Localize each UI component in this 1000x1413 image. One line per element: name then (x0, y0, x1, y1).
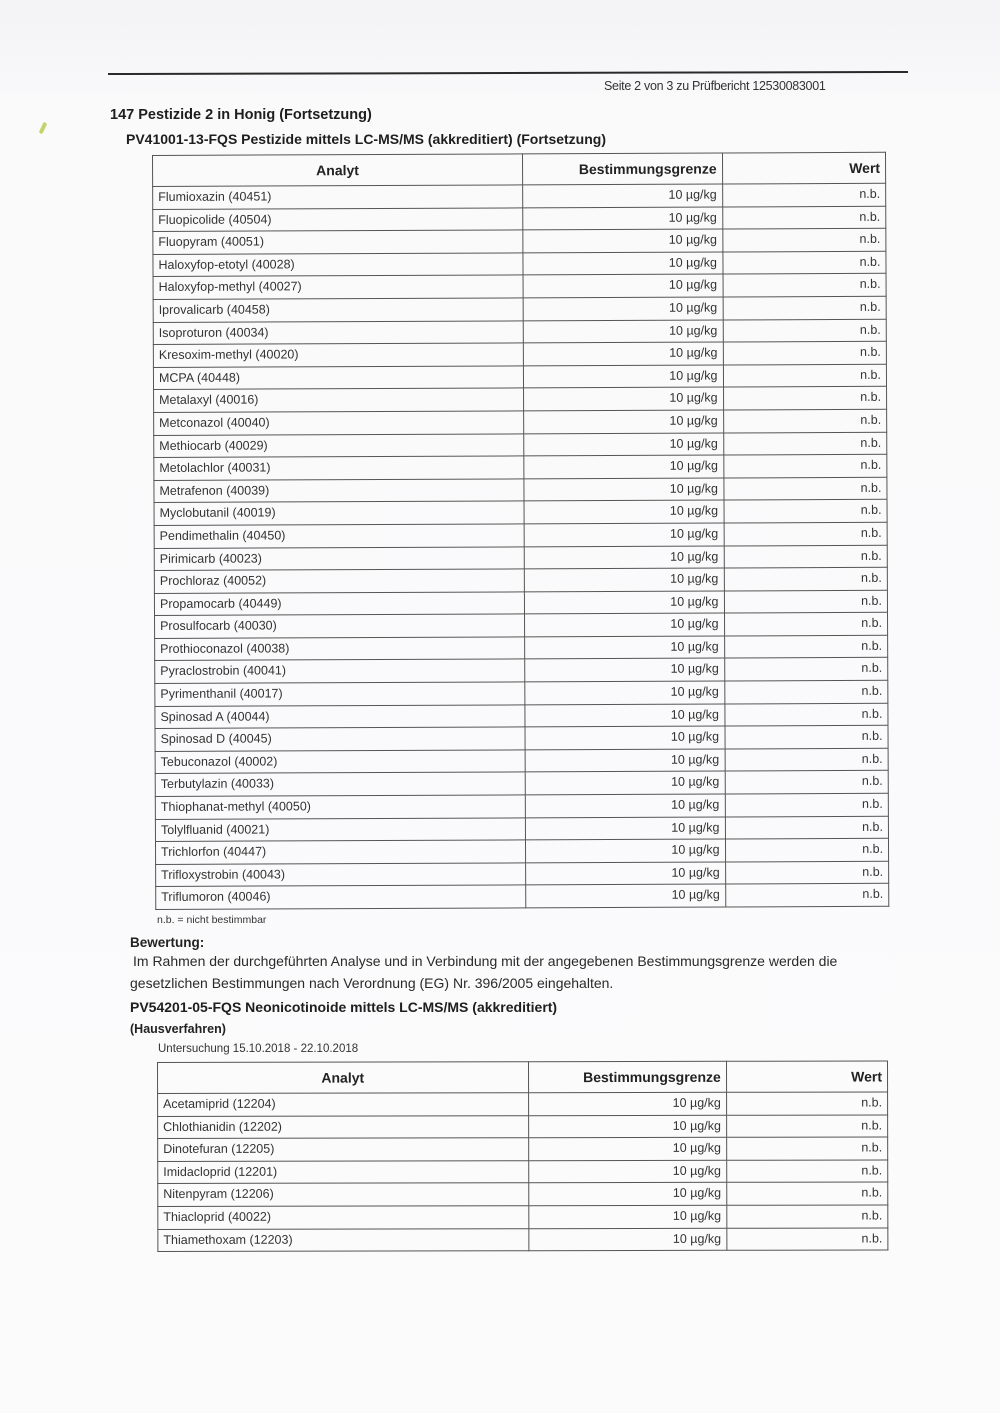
pesticide-results-table: Analyt Bestimmungsgrenze Wert Flumioxazi… (152, 152, 889, 910)
bestimmungsgrenze-cell: 10 µg/kg (528, 1205, 726, 1228)
wert-cell: n.b. (726, 1115, 887, 1138)
table-row: Metolachlor (40031)10 µg/kgn.b. (154, 454, 887, 480)
bestimmungsgrenze-cell: 10 µg/kg (523, 229, 723, 252)
analyt-cell: Haloxyfop-etotyl (40028) (153, 253, 523, 277)
table-row: Nitenpyram (12206)10 µg/kgn.b. (158, 1182, 888, 1206)
table-row: Prochloraz (40052)10 µg/kgn.b. (154, 567, 887, 593)
bestimmungsgrenze-cell: 10 µg/kg (525, 749, 725, 772)
wert-cell: n.b. (724, 567, 888, 590)
bestimmungsgrenze-cell: 10 µg/kg (524, 387, 724, 410)
bestimmungsgrenze-cell: 10 µg/kg (525, 839, 725, 862)
wert-cell: n.b. (724, 522, 888, 545)
table-row: Metalaxyl (40016)10 µg/kgn.b. (154, 387, 887, 413)
analyt-cell: Pyraclostrobin (40041) (155, 659, 525, 683)
wert-cell: n.b. (724, 635, 888, 658)
analyt-cell: Nitenpyram (12206) (158, 1183, 529, 1206)
wert-cell: n.b. (725, 839, 889, 862)
col-header-wert: Wert (722, 152, 886, 184)
bestimmungsgrenze-cell: 10 µg/kg (528, 1137, 726, 1160)
bestimmungsgrenze-cell: 10 µg/kg (528, 1228, 726, 1251)
bestimmungsgrenze-cell: 10 µg/kg (524, 478, 724, 501)
bewertung-label: Bewertung: (130, 935, 204, 950)
table-row: Imidacloprid (12201)10 µg/kgn.b. (158, 1160, 888, 1184)
header-rule (108, 71, 908, 75)
analyt-cell: Prothioconazol (40038) (155, 637, 525, 661)
table-row: Metconazol (40040)10 µg/kgn.b. (154, 409, 887, 435)
bestimmungsgrenze-cell: 10 µg/kg (523, 297, 723, 320)
bestimmungsgrenze-cell: 10 µg/kg (526, 884, 726, 907)
table-row: Triflumoron (40046)10 µg/kgn.b. (156, 884, 889, 910)
analyt-cell: Isoproturon (40034) (153, 320, 523, 344)
bestimmungsgrenze-cell: 10 µg/kg (523, 274, 723, 297)
col-header-analyt: Analyt (153, 154, 523, 187)
bestimmungsgrenze-cell: 10 µg/kg (524, 546, 724, 569)
wert-cell: n.b. (725, 793, 889, 816)
table-row: Methiocarb (40029)10 µg/kgn.b. (154, 432, 887, 458)
analyt-cell: Dinotefuran (12205) (158, 1138, 529, 1161)
wert-cell: n.b. (723, 364, 887, 387)
analyt-cell: Metconazol (40040) (154, 411, 524, 435)
wert-cell: n.b. (723, 432, 887, 455)
section-title: 147 Pestizide 2 in Honig (Fortsetzung) (110, 107, 372, 123)
table-row: Dinotefuran (12205)10 µg/kgn.b. (158, 1137, 888, 1161)
wert-cell: n.b. (722, 183, 886, 206)
wert-cell: n.b. (725, 816, 889, 839)
bestimmungsgrenze-cell: 10 µg/kg (524, 591, 724, 614)
table-row: Pyrimenthanil (40017)10 µg/kgn.b. (155, 680, 888, 706)
bestimmungsgrenze-cell: 10 µg/kg (525, 817, 725, 840)
wert-cell: n.b. (726, 1137, 887, 1160)
bestimmungsgrenze-cell: 10 µg/kg (523, 252, 723, 275)
bestimmungsgrenze-cell: 10 µg/kg (525, 704, 725, 727)
bestimmungsgrenze-cell: 10 µg/kg (524, 500, 724, 523)
bestimmungsgrenze-cell: 10 µg/kg (523, 320, 723, 343)
bestimmungsgrenze-cell: 10 µg/kg (523, 342, 723, 365)
analyt-cell: Pendimethalin (40450) (154, 524, 524, 548)
table-row: Spinosad D (40045)10 µg/kgn.b. (155, 726, 888, 752)
table-row: Pirimicarb (40023)10 µg/kgn.b. (154, 545, 887, 571)
wert-cell: n.b. (723, 454, 887, 477)
analyt-cell: Methiocarb (40029) (154, 433, 524, 457)
table-row: Thiophanat-methyl (40050)10 µg/kgn.b. (155, 793, 888, 819)
table-row: Trichlorfon (40447)10 µg/kgn.b. (155, 839, 888, 865)
analyt-cell: Fluopyram (40051) (153, 230, 523, 254)
wert-cell: n.b. (725, 771, 889, 794)
wert-cell: n.b. (726, 1160, 887, 1183)
wert-cell: n.b. (723, 319, 887, 342)
table-row: Prothioconazol (40038)10 µg/kgn.b. (155, 635, 888, 661)
analyt-cell: Spinosad A (40044) (155, 705, 525, 729)
table-row: Tolylfluanid (40021)10 µg/kgn.b. (155, 816, 888, 842)
wert-cell: n.b. (724, 500, 888, 523)
analyt-cell: Trifloxystrobin (40043) (156, 863, 526, 887)
bestimmungsgrenze-cell: 10 µg/kg (528, 1160, 726, 1183)
table-row: Trifloxystrobin (40043)10 µg/kgn.b. (156, 861, 889, 887)
table-row: Myclobutanil (40019)10 µg/kgn.b. (154, 500, 887, 526)
table-row: Chlothianidin (12202)10 µg/kgn.b. (158, 1115, 888, 1139)
wert-cell: n.b. (723, 477, 887, 500)
wert-cell: n.b. (722, 206, 886, 229)
bestimmungsgrenze-cell: 10 µg/kg (526, 862, 726, 885)
table-row: Terbutylazin (40033)10 µg/kgn.b. (155, 771, 888, 797)
method-title-2: PV54201-05-FQS Neonicotinoide mittels LC… (130, 999, 557, 1015)
analyt-cell: Prosulfocarb (40030) (155, 614, 525, 638)
wert-cell: n.b. (727, 1205, 888, 1228)
bewertung-text: Im Rahmen der durchgeführten Analyse und… (130, 950, 890, 994)
table-header-row: Analyt Bestimmungsgrenze Wert (158, 1061, 888, 1094)
analyt-cell: Trichlorfon (40447) (155, 840, 525, 864)
analyt-cell: Acetamiprid (12204) (158, 1093, 529, 1116)
table-row: Kresoxim-methyl (40020)10 µg/kgn.b. (153, 341, 886, 367)
analyt-cell: Tebuconazol (40002) (155, 750, 525, 774)
bestimmungsgrenze-cell: 10 µg/kg (528, 1115, 726, 1138)
analyt-cell: Thiacloprid (40022) (158, 1206, 529, 1229)
bestimmungsgrenze-cell: 10 µg/kg (525, 681, 725, 704)
footnote: n.b. = nicht bestimmbar (157, 914, 266, 926)
analyt-cell: Tolylfluanid (40021) (155, 818, 525, 842)
col-header-wert: Wert (726, 1061, 887, 1092)
analyt-cell: Thiophanat-methyl (40050) (155, 795, 525, 819)
table-row: Haloxyfop-etotyl (40028)10 µg/kgn.b. (153, 251, 886, 277)
table-row: Propamocarb (40449)10 µg/kgn.b. (154, 590, 887, 616)
bestimmungsgrenze-cell: 10 µg/kg (523, 207, 723, 230)
wert-cell: n.b. (725, 748, 889, 771)
bestimmungsgrenze-cell: 10 µg/kg (524, 410, 724, 433)
analyt-cell: Chlothianidin (12202) (158, 1115, 529, 1138)
analyt-cell: Myclobutanil (40019) (154, 501, 524, 525)
wert-cell: n.b. (726, 1092, 887, 1115)
table-row: Acetamiprid (12204)10 µg/kgn.b. (158, 1092, 888, 1116)
analyt-cell: Metalaxyl (40016) (154, 388, 524, 412)
bestimmungsgrenze-cell: 10 µg/kg (528, 1183, 726, 1206)
col-header-bestimmungsgrenze: Bestimmungsgrenze (528, 1061, 726, 1092)
table-row: MCPA (40448)10 µg/kgn.b. (153, 364, 886, 390)
wert-cell: n.b. (723, 409, 887, 432)
report-page: Seite 2 von 3 zu Prüfbericht 12530083001… (0, 0, 1000, 1413)
analyt-cell: Pyrimenthanil (40017) (155, 682, 525, 706)
analyt-cell: Haloxyfop-methyl (40027) (153, 275, 523, 299)
col-header-analyt: Analyt (158, 1062, 529, 1094)
wert-cell: n.b. (724, 613, 888, 636)
analyt-cell: Terbutylazin (40033) (155, 772, 525, 796)
wert-cell: n.b. (725, 884, 889, 907)
analyt-cell: Propamocarb (40449) (154, 592, 524, 616)
analyt-cell: Flumioxazin (40451) (153, 185, 523, 209)
wert-cell: n.b. (723, 387, 887, 410)
bestimmungsgrenze-cell: 10 µg/kg (524, 523, 724, 546)
bestimmungsgrenze-cell: 10 µg/kg (525, 794, 725, 817)
neonicotinoid-results-table: Analyt Bestimmungsgrenze Wert Acetamipri… (157, 1060, 888, 1252)
analyt-cell: Kresoxim-methyl (40020) (153, 343, 523, 367)
wert-cell: n.b. (724, 658, 888, 681)
bestimmungsgrenze-cell: 10 µg/kg (525, 658, 725, 681)
bestimmungsgrenze-cell: 10 µg/kg (528, 1092, 726, 1115)
bestimmungsgrenze-cell: 10 µg/kg (523, 365, 723, 388)
analyt-cell: Triflumoron (40046) (156, 885, 526, 909)
table-row: Prosulfocarb (40030)10 µg/kgn.b. (155, 613, 888, 639)
table-row: Pendimethalin (40450)10 µg/kgn.b. (154, 522, 887, 548)
bestimmungsgrenze-cell: 10 µg/kg (525, 636, 725, 659)
wert-cell: n.b. (725, 726, 889, 749)
wert-cell: n.b. (722, 251, 886, 274)
bestimmungsgrenze-cell: 10 µg/kg (524, 455, 724, 478)
analyt-cell: Fluopicolide (40504) (153, 207, 523, 231)
wert-cell: n.b. (727, 1182, 888, 1205)
table-row: Isoproturon (40034)10 µg/kgn.b. (153, 319, 886, 345)
analyt-cell: Metolachlor (40031) (154, 456, 524, 480)
wert-cell: n.b. (722, 228, 886, 251)
wert-cell: n.b. (723, 341, 887, 364)
analyt-cell: Imidacloprid (12201) (158, 1161, 529, 1184)
bestimmungsgrenze-cell: 10 µg/kg (523, 184, 723, 207)
wert-cell: n.b. (724, 545, 888, 568)
page-info: Seite 2 von 3 zu Prüfbericht 12530083001 (604, 79, 826, 93)
wert-cell: n.b. (727, 1228, 888, 1251)
examination-date: Untersuchung 15.10.2018 - 22.10.2018 (158, 1043, 358, 1055)
analyt-cell: Metrafenon (40039) (154, 479, 524, 503)
table-row: Thiamethoxam (12203)10 µg/kgn.b. (158, 1228, 888, 1252)
table-row: Fluopyram (40051)10 µg/kgn.b. (153, 228, 886, 254)
wert-cell: n.b. (724, 680, 888, 703)
analyt-cell: Prochloraz (40052) (154, 569, 524, 593)
wert-cell: n.b. (723, 296, 887, 319)
wert-cell: n.b. (725, 861, 889, 884)
table-row: Flumioxazin (40451)10 µg/kgn.b. (153, 183, 886, 209)
wert-cell: n.b. (724, 590, 888, 613)
bestimmungsgrenze-cell: 10 µg/kg (524, 433, 724, 456)
wert-cell: n.b. (723, 274, 887, 297)
wert-cell: n.b. (724, 703, 888, 726)
table-header-row: Analyt Bestimmungsgrenze Wert (153, 152, 886, 186)
table-row: Haloxyfop-methyl (40027)10 µg/kgn.b. (153, 274, 886, 300)
table-row: Iprovalicarb (40458)10 µg/kgn.b. (153, 296, 886, 322)
table-row: Metrafenon (40039)10 µg/kgn.b. (154, 477, 887, 503)
method-title: PV41001-13-FQS Pestizide mittels LC-MS/M… (126, 131, 606, 147)
table-row: Thiacloprid (40022)10 µg/kgn.b. (158, 1205, 888, 1229)
bestimmungsgrenze-cell: 10 µg/kg (525, 726, 725, 749)
table-row: Spinosad A (40044)10 µg/kgn.b. (155, 703, 888, 729)
analyt-cell: MCPA (40448) (153, 366, 523, 390)
col-header-bestimmungsgrenze: Bestimmungsgrenze (522, 153, 722, 185)
table-row: Pyraclostrobin (40041)10 µg/kgn.b. (155, 658, 888, 684)
pen-mark (39, 122, 48, 135)
bestimmungsgrenze-cell: 10 µg/kg (525, 771, 725, 794)
bestimmungsgrenze-cell: 10 µg/kg (524, 568, 724, 591)
table-row: Fluopicolide (40504)10 µg/kgn.b. (153, 206, 886, 232)
table-row: Tebuconazol (40002)10 µg/kgn.b. (155, 748, 888, 774)
bestimmungsgrenze-cell: 10 µg/kg (525, 613, 725, 636)
analyt-cell: Pirimicarb (40023) (154, 546, 524, 570)
analyt-cell: Thiamethoxam (12203) (158, 1228, 529, 1251)
analyt-cell: Spinosad D (40045) (155, 727, 525, 751)
analyt-cell: Iprovalicarb (40458) (153, 298, 523, 322)
method-subtitle: (Hausverfahren) (130, 1022, 226, 1036)
